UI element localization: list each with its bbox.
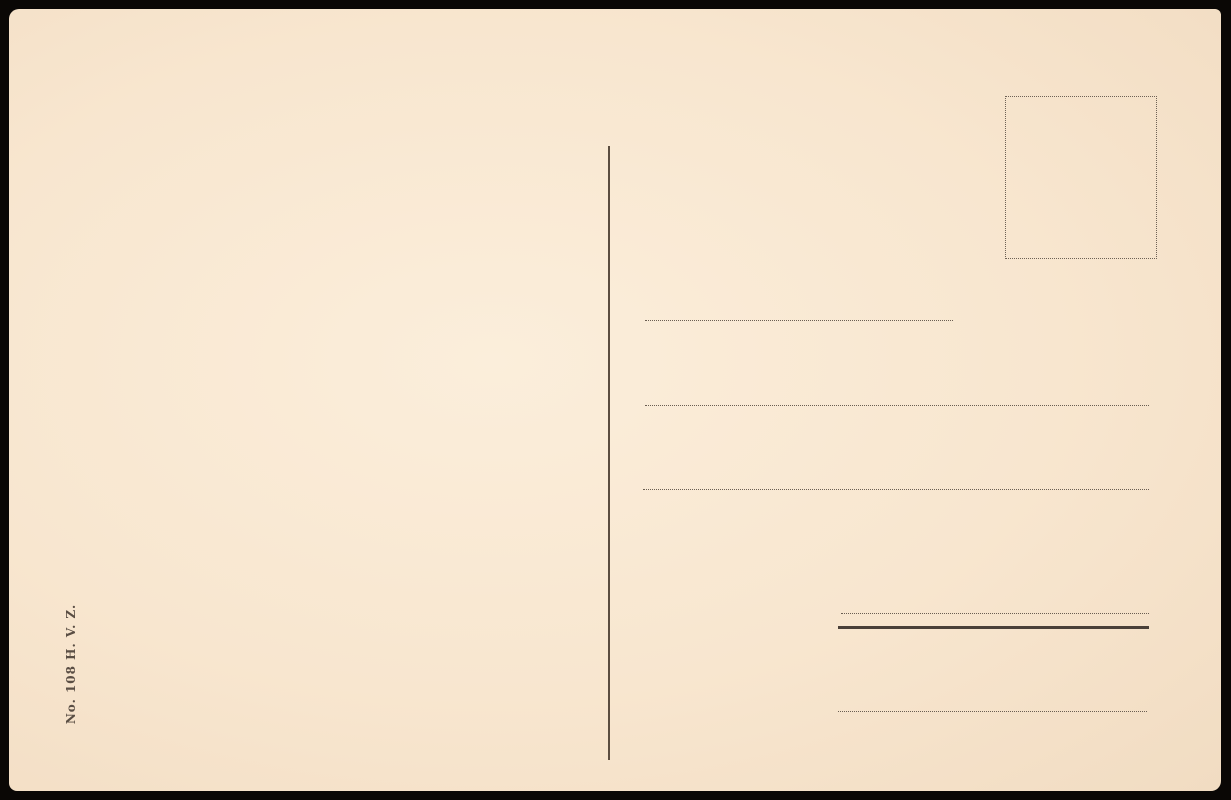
address-solid-line (838, 626, 1149, 629)
address-line-5 (838, 711, 1147, 712)
address-line-4 (841, 613, 1149, 614)
center-divider-line (608, 146, 610, 760)
address-line-1 (645, 320, 953, 321)
stamp-placeholder-box (1005, 96, 1157, 259)
address-line-3 (643, 489, 1149, 490)
publisher-mark: No. 108 H. V. Z. (64, 604, 78, 724)
postcard-back: No. 108 H. V. Z. (9, 9, 1221, 791)
address-line-2 (645, 405, 1149, 406)
